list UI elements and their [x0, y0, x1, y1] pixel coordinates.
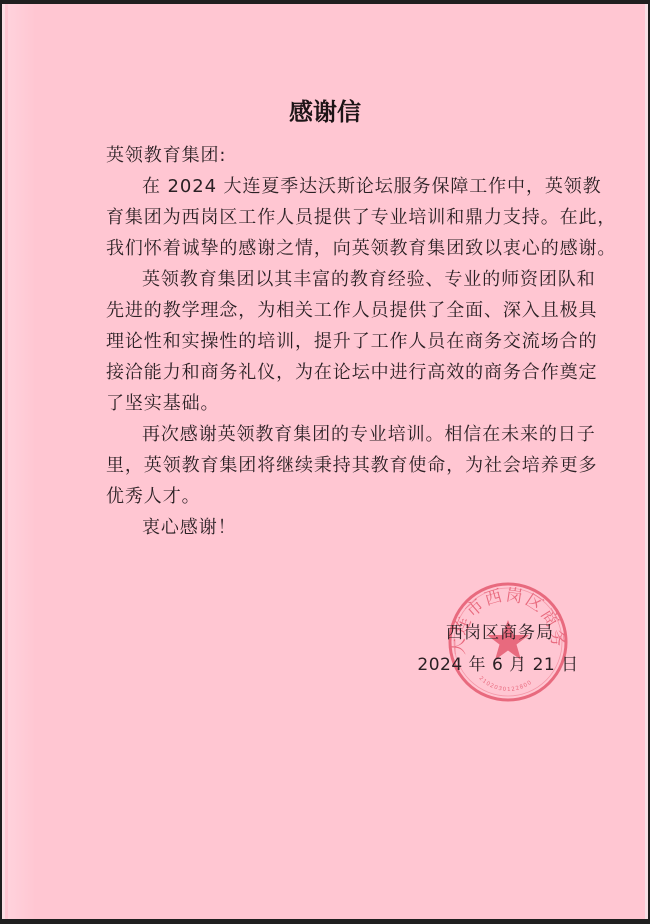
signing-date: 2024 年 6 月 21 日 [400, 650, 580, 680]
paragraph-line: 优秀人才。 [106, 481, 572, 512]
paragraph-line: 了坚实基础。 [106, 388, 572, 419]
signature-block: 西岗区商务局 2024 年 6 月 21 日 [400, 616, 580, 680]
paragraph-line: 育集团为西岗区工作人员提供了专业培训和鼎力支持。在此， [106, 202, 572, 233]
paragraph-line: 里，英领教育集团将继续秉持其教育使命，为社会培养更多 [106, 450, 572, 481]
closing-line: 衷心感谢！ [106, 512, 572, 543]
document-frame: 感谢信 英领教育集团: 在 2024 大连夏季达沃斯论坛服务保障工作中，英领教 … [0, 0, 650, 924]
letter-title: 感谢信 [0, 92, 650, 127]
paragraph-line: 我们怀着诚挚的感谢之情，向英领教育集团致以衷心的感谢。 [106, 233, 572, 264]
paragraph-line: 接洽能力和商务礼仪，为在论坛中进行高效的商务合作奠定 [106, 357, 572, 388]
paragraph-3: 再次感谢英领教育集团的专业培训。相信在未来的日子 里，英领教育集团将继续秉持其教… [106, 419, 572, 512]
paragraph-line: 理论性和实操性的培训，提升了工作人员在商务交流场合的 [106, 326, 572, 357]
letter-body: 英领教育集团: 在 2024 大连夏季达沃斯论坛服务保障工作中，英领教 育集团为… [106, 140, 572, 543]
paragraph-line: 英领教育集团以其丰富的教育经验、专业的师资团队和 [106, 264, 572, 295]
paragraph-2: 英领教育集团以其丰富的教育经验、专业的师资团队和 先进的教学理念，为相关工作人员… [106, 264, 572, 419]
paragraph-line: 在 2024 大连夏季达沃斯论坛服务保障工作中，英领教 [106, 171, 572, 202]
signing-organization: 西岗区商务局 [400, 616, 580, 650]
salutation: 英领教育集团: [106, 140, 572, 171]
paragraph-1: 在 2024 大连夏季达沃斯论坛服务保障工作中，英领教 育集团为西岗区工作人员提… [106, 171, 572, 264]
paragraph-line: 先进的教学理念，为相关工作人员提供了全面、深入且极具 [106, 295, 572, 326]
paper-edge-shade [8, 4, 36, 919]
paragraph-line: 再次感谢英领教育集团的专业培训。相信在未来的日子 [106, 419, 572, 450]
